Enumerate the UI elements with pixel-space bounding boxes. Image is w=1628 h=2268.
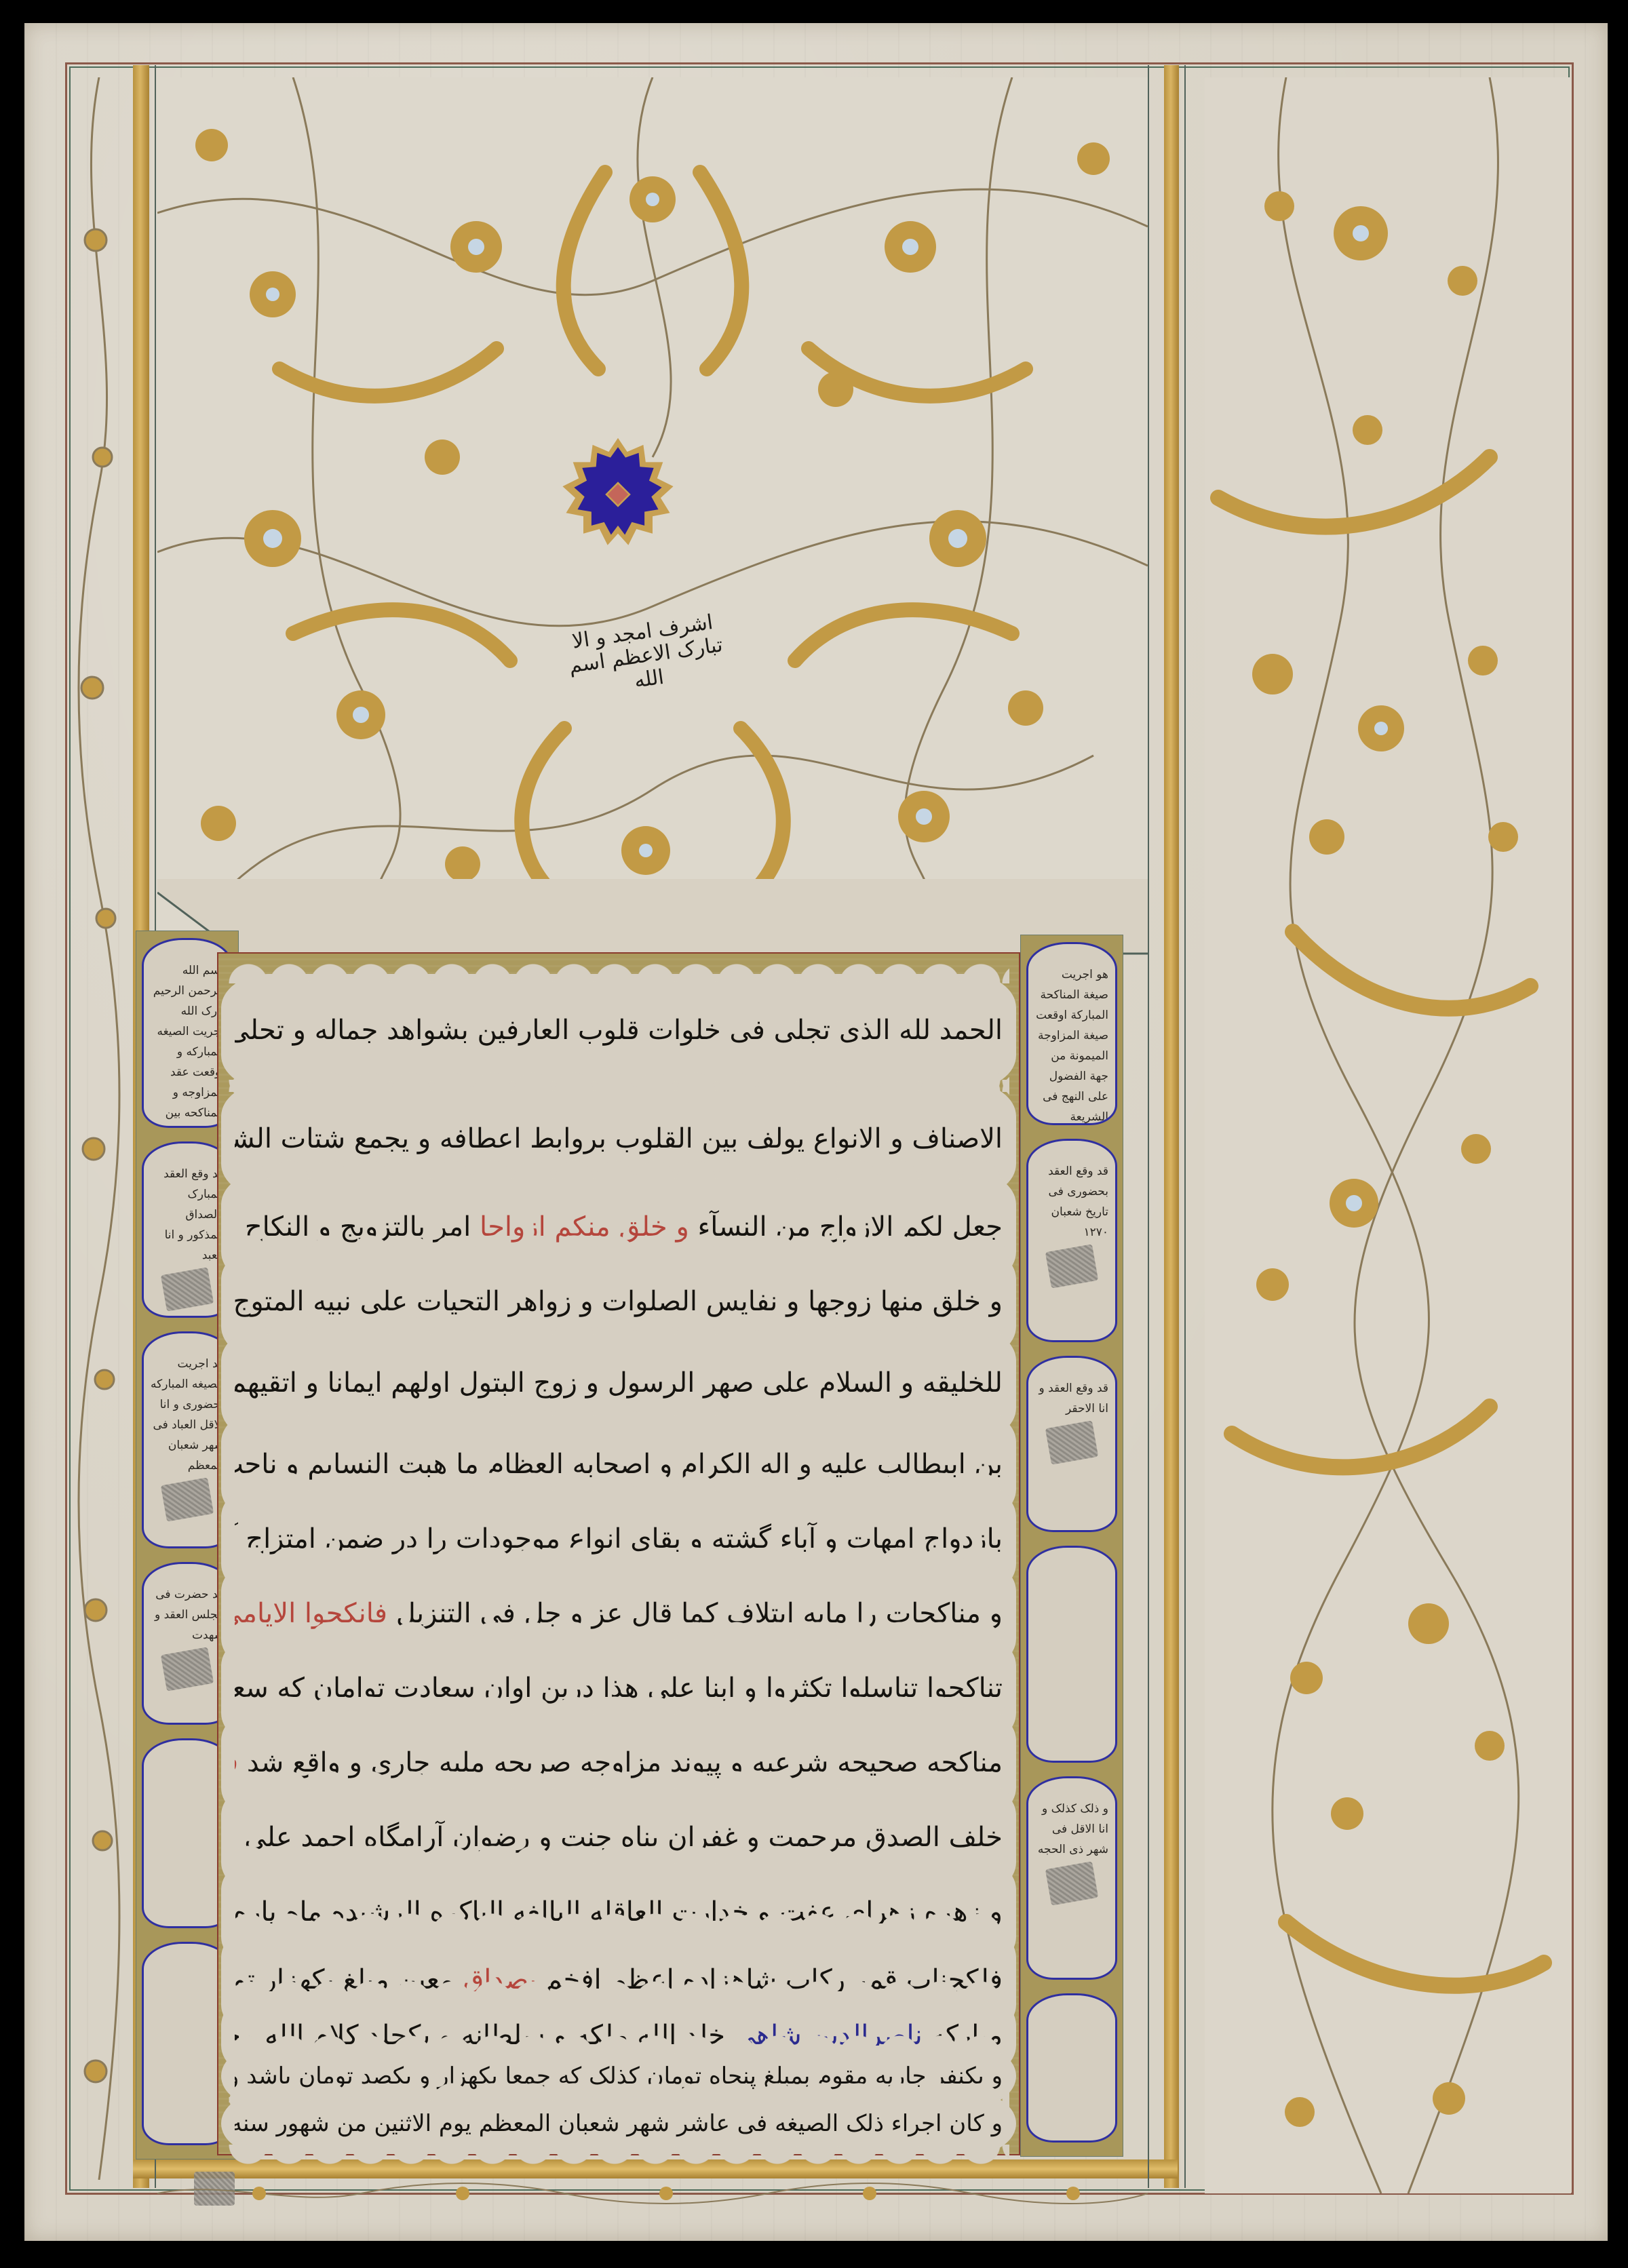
bottom-floral-border bbox=[157, 2180, 1148, 2207]
divider-line bbox=[1184, 65, 1186, 2188]
seal-impression-icon bbox=[1045, 1420, 1098, 1464]
central-medallion bbox=[560, 437, 676, 552]
center-gold-border-bar bbox=[1164, 65, 1179, 2188]
margin-note-text: قد حضرت فی مجلس العقد و شهدت bbox=[155, 1588, 224, 1642]
margin-note-text: قد وقع العقد و انا الاحقر bbox=[1039, 1382, 1108, 1415]
right-margin-note: هو اجریت صیغة المناکحة المبارکة اوقعت صی… bbox=[1026, 942, 1117, 1125]
right-margin-note: قد وقع العقد و انا الاحقر bbox=[1026, 1356, 1117, 1532]
margin-note-text: قد وقع العقد بحضوری فی تاریخ شعبان ۱۲۷۰ bbox=[1048, 1165, 1108, 1239]
right-margin-note: قد وقع العقد بحضوری فی تاریخ شعبان ۱۲۷۰ bbox=[1026, 1139, 1117, 1342]
right-margin-note bbox=[1026, 1993, 1117, 2143]
manuscript-sheet: اشرف امجد و الا تبارک الاعظم اسم الله bbox=[24, 23, 1608, 2241]
right-arabesque bbox=[1205, 77, 1571, 2193]
seal-impression-icon bbox=[161, 1267, 214, 1311]
seal-impression-icon bbox=[161, 1647, 214, 1691]
text-line: الحمد لله الذی تجلی فی خلوات قلوب العارف… bbox=[228, 981, 1009, 1082]
margin-note-text: هو اجریت صیغة المناکحة المبارکة اوقعت صی… bbox=[1036, 968, 1108, 1125]
seal-impression-icon bbox=[161, 1477, 214, 1521]
margin-note-text: قد وقع العقد المبارک بالصداق المذکور و ا… bbox=[163, 1167, 224, 1262]
line-text: الحمد لله الذی تجلی فی خلوات قلوب العارف… bbox=[235, 1015, 1003, 1046]
illuminated-header-panel: اشرف امجد و الا تبارک الاعظم اسم الله bbox=[157, 77, 1148, 945]
margin-note-text: بسم الله الرحمن الرحیم بارک الله اجریت ا… bbox=[151, 964, 224, 1128]
line-text: للخلیقه و السلام علی صهر الرسول و زوج ال… bbox=[235, 1367, 1003, 1399]
medallion-rosette-icon bbox=[560, 437, 676, 552]
left-floral-border bbox=[65, 77, 133, 2180]
right-floral-border-panel bbox=[1205, 77, 1571, 2193]
main-text-block: الحمد لله الذی تجلی فی خلوات قلوب العارف… bbox=[217, 952, 1020, 2155]
right-margin-note: و ذلک کذلک و انا الاقل فی شهر ذی الحجه bbox=[1026, 1776, 1117, 1980]
text-line: و کان اجراء ذلک الصیغه فی عاشر شهر شعبان… bbox=[228, 2100, 1009, 2147]
line-text: و خلق منها زوجها و نفایس الصلوات و زواهر… bbox=[235, 1286, 1003, 1317]
line-text: الاصناف و الانواع یولف بین القلوب بروابط… bbox=[235, 1123, 1003, 1154]
seal-impression-icon bbox=[1045, 1861, 1098, 1905]
margin-note-text: قد اجریت الصیغه المبارکه بحضوری و انا ال… bbox=[151, 1357, 224, 1472]
seal-impression-icon bbox=[1045, 1244, 1098, 1288]
divider-line bbox=[1148, 65, 1149, 2188]
right-margin-note bbox=[1026, 1546, 1117, 1763]
right-margin-notes-column: هو اجریت صیغة المناکحة المبارکة اوقعت صی… bbox=[1020, 935, 1123, 2157]
line-text: و کان اجراء ذلک الصیغه فی عاشر شهر شعبان… bbox=[235, 2110, 1003, 2137]
margin-note-text: و ذلک کذلک و انا الاقل فی شهر ذی الحجه bbox=[1038, 1802, 1108, 1856]
